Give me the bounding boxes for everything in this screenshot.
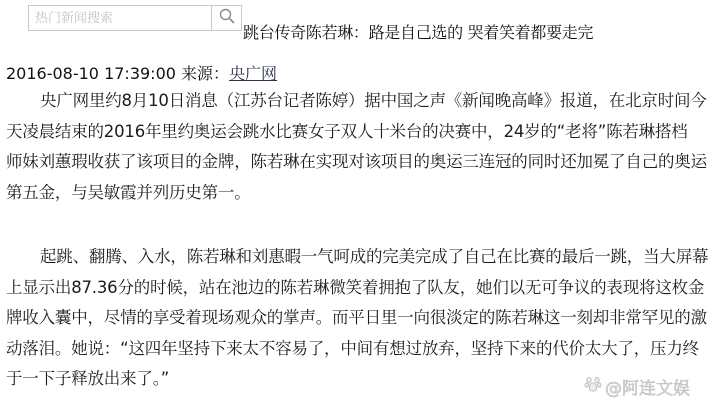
search-input[interactable] — [29, 6, 211, 30]
text-line: 上显示出87.36分的时候，站在池边的陈若琳微笑着拥抱了队友，她们以无可争议的表… — [6, 273, 696, 304]
publish-datetime: 2016-08-10 17:39:00 — [6, 64, 176, 83]
text-line: 天凌晨结束的2016年里约奥运会跳水比赛女子双人十米台的决赛中，24岁的“老将”… — [6, 117, 696, 148]
text-line: 动落泪。她说：“这四年坚持下来太不容易了，中间有想过放弃，坚持下来的代价太大了，… — [6, 334, 696, 365]
text-line: 师妹刘蕙瑕收获了该项目的金牌，陈若琳在实现对该项目的奥运三连冠的同时还加冕了自己… — [6, 147, 696, 178]
text-line: 第五金，与吴敏霞并列历史第一。 — [6, 178, 696, 209]
paragraph-1: 央广网里约8月10日消息（江苏台记者陈婷）据中国之声《新闻晚高峰》报道，在北京时… — [6, 86, 696, 208]
search-button[interactable] — [211, 6, 241, 30]
article-meta: 2016-08-10 17:39:00 来源：央广网 — [6, 61, 277, 84]
source-link[interactable]: 央广网 — [229, 64, 277, 83]
paragraph-2: 起跳、翻腾、入水，陈若琳和刘惠暇一气呵成的完美完成了自己在比赛的最后一跳，当大屏… — [6, 242, 696, 395]
paw-icon — [584, 375, 602, 398]
watermark-text: @阿连文娱 — [605, 374, 690, 399]
news-search-box — [28, 5, 242, 31]
watermark: @阿连文娱 — [584, 374, 690, 399]
text-line: 央广网里约8月10日消息（江苏台记者陈婷）据中国之声《新闻晚高峰》报道，在北京时… — [6, 86, 696, 117]
text-line: 起跳、翻腾、入水，陈若琳和刘惠暇一气呵成的完美完成了自己在比赛的最后一跳，当大屏… — [6, 242, 696, 273]
article-title: 跳台传奇陈若琳：路是自己选的 哭着笑着都要走完 — [243, 20, 593, 43]
article-body: 央广网里约8月10日消息（江苏台记者陈婷）据中国之声《新闻晚高峰》报道，在北京时… — [6, 86, 696, 395]
search-icon — [219, 8, 235, 28]
source-label: 来源： — [181, 64, 229, 83]
text-line: 牌收入囊中，尽情的享受着现场观众的掌声。而平日里一向很淡定的陈若琳这一刻却非常罕… — [6, 303, 696, 334]
